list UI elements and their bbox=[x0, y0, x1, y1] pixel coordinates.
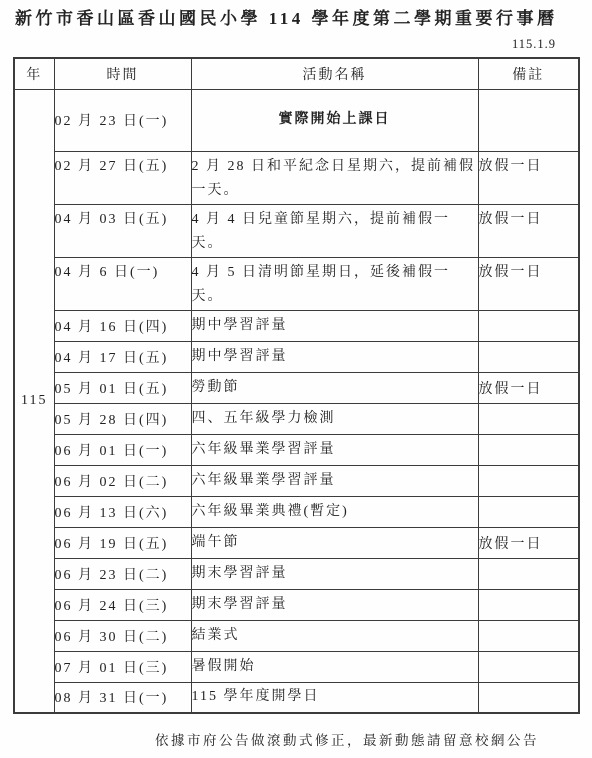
time-cell: 06 月 01 日(一) bbox=[54, 434, 191, 465]
activity-cell: 勞動節 bbox=[191, 372, 478, 403]
header-year: 年 bbox=[14, 58, 54, 89]
time-cell: 06 月 23 日(二) bbox=[54, 558, 191, 589]
time-cell: 07 月 01 日(三) bbox=[54, 651, 191, 682]
table-row: 06 月 24 日(三)期末學習評量 bbox=[14, 589, 579, 620]
table-row: 04 月 03 日(五)4 月 4 日兒童節星期六，提前補假一天。放假一日 bbox=[14, 204, 579, 257]
table-row: 06 月 19 日(五)端午節放假一日 bbox=[14, 527, 579, 558]
table-row: 04 月 6 日(一)4 月 5 日清明節星期日，延後補假一天。放假一日 bbox=[14, 257, 579, 310]
time-cell: 06 月 19 日(五) bbox=[54, 527, 191, 558]
activity-cell: 端午節 bbox=[191, 527, 478, 558]
activity-cell: 期中學習評量 bbox=[191, 310, 478, 341]
header-note: 備註 bbox=[478, 58, 579, 89]
note-cell bbox=[478, 496, 579, 527]
activity-cell: 六年級畢業學習評量 bbox=[191, 434, 478, 465]
note-cell: 放假一日 bbox=[478, 257, 579, 310]
activity-cell: 暑假開始 bbox=[191, 651, 478, 682]
activity-cell: 2 月 28 日和平紀念日星期六，提前補假一天。 bbox=[191, 151, 478, 204]
note-cell bbox=[478, 341, 579, 372]
activity-cell: 六年級畢業學習評量 bbox=[191, 465, 478, 496]
activity-cell: 實際開始上課日 bbox=[191, 89, 478, 151]
time-cell: 05 月 01 日(五) bbox=[54, 372, 191, 403]
note-cell bbox=[478, 465, 579, 496]
table-row: 06 月 23 日(二)期末學習評量 bbox=[14, 558, 579, 589]
header-time: 時間 bbox=[54, 58, 191, 89]
time-cell: 06 月 30 日(二) bbox=[54, 620, 191, 651]
note-cell bbox=[478, 403, 579, 434]
note-cell bbox=[478, 651, 579, 682]
note-cell: 放假一日 bbox=[478, 372, 579, 403]
table-row: 08 月 31 日(一)115 學年度開學日 bbox=[14, 682, 579, 713]
note-cell bbox=[478, 558, 579, 589]
time-cell: 04 月 6 日(一) bbox=[54, 257, 191, 310]
activity-cell: 四、五年級學力檢測 bbox=[191, 403, 478, 434]
revision-date: 115.1.9 bbox=[0, 37, 556, 51]
calendar-table: 年 時間 活動名稱 備註 11502 月 23 日(一)實際開始上課日02 月 … bbox=[13, 57, 580, 714]
note-cell bbox=[478, 589, 579, 620]
table-row: 05 月 28 日(四)四、五年級學力檢測 bbox=[14, 403, 579, 434]
activity-cell: 115 學年度開學日 bbox=[191, 682, 478, 713]
note-cell: 放假一日 bbox=[478, 151, 579, 204]
header-activity: 活動名稱 bbox=[191, 58, 478, 89]
note-cell bbox=[478, 682, 579, 713]
note-cell bbox=[478, 310, 579, 341]
activity-cell: 4 月 5 日清明節星期日，延後補假一天。 bbox=[191, 257, 478, 310]
year-cell: 115 bbox=[14, 89, 54, 713]
time-cell: 04 月 16 日(四) bbox=[54, 310, 191, 341]
time-cell: 02 月 23 日(一) bbox=[54, 89, 191, 151]
time-cell: 08 月 31 日(一) bbox=[54, 682, 191, 713]
activity-cell: 結業式 bbox=[191, 620, 478, 651]
table-row: 06 月 01 日(一)六年級畢業學習評量 bbox=[14, 434, 579, 465]
activity-cell: 六年級畢業典禮(暫定) bbox=[191, 496, 478, 527]
note-cell bbox=[478, 620, 579, 651]
table-row: 04 月 16 日(四)期中學習評量 bbox=[14, 310, 579, 341]
time-cell: 04 月 03 日(五) bbox=[54, 204, 191, 257]
table-row: 06 月 13 日(六)六年級畢業典禮(暫定) bbox=[14, 496, 579, 527]
table-row: 04 月 17 日(五)期中學習評量 bbox=[14, 341, 579, 372]
activity-cell: 4 月 4 日兒童節星期六，提前補假一天。 bbox=[191, 204, 478, 257]
note-cell: 放假一日 bbox=[478, 204, 579, 257]
table-row: 02 月 27 日(五)2 月 28 日和平紀念日星期六，提前補假一天。放假一日 bbox=[14, 151, 579, 204]
time-cell: 06 月 24 日(三) bbox=[54, 589, 191, 620]
activity-cell: 期末學習評量 bbox=[191, 558, 478, 589]
activity-cell: 期中學習評量 bbox=[191, 341, 478, 372]
note-cell bbox=[478, 434, 579, 465]
header-row: 年 時間 活動名稱 備註 bbox=[14, 58, 579, 89]
calendar-body: 11502 月 23 日(一)實際開始上課日02 月 27 日(五)2 月 28… bbox=[14, 89, 579, 713]
table-row: 06 月 02 日(二)六年級畢業學習評量 bbox=[14, 465, 579, 496]
page-title: 新竹市香山區香山國民小學 114 學年度第二學期重要行事曆 bbox=[15, 7, 592, 31]
time-cell: 04 月 17 日(五) bbox=[54, 341, 191, 372]
table-row: 11502 月 23 日(一)實際開始上課日 bbox=[14, 89, 579, 151]
activity-cell: 期末學習評量 bbox=[191, 589, 478, 620]
note-cell bbox=[478, 89, 579, 151]
time-cell: 05 月 28 日(四) bbox=[54, 403, 191, 434]
time-cell: 02 月 27 日(五) bbox=[54, 151, 191, 204]
time-cell: 06 月 13 日(六) bbox=[54, 496, 191, 527]
note-cell: 放假一日 bbox=[478, 527, 579, 558]
time-cell: 06 月 02 日(二) bbox=[54, 465, 191, 496]
table-row: 06 月 30 日(二)結業式 bbox=[14, 620, 579, 651]
calendar-page: 新竹市香山區香山國民小學 114 學年度第二學期重要行事曆 115.1.9 年 … bbox=[0, 0, 592, 758]
table-row: 07 月 01 日(三)暑假開始 bbox=[14, 651, 579, 682]
footer-note: 依據市府公告做滾動式修正，最新動態請留意校網公告 bbox=[0, 729, 592, 749]
table-row: 05 月 01 日(五)勞動節放假一日 bbox=[14, 372, 579, 403]
